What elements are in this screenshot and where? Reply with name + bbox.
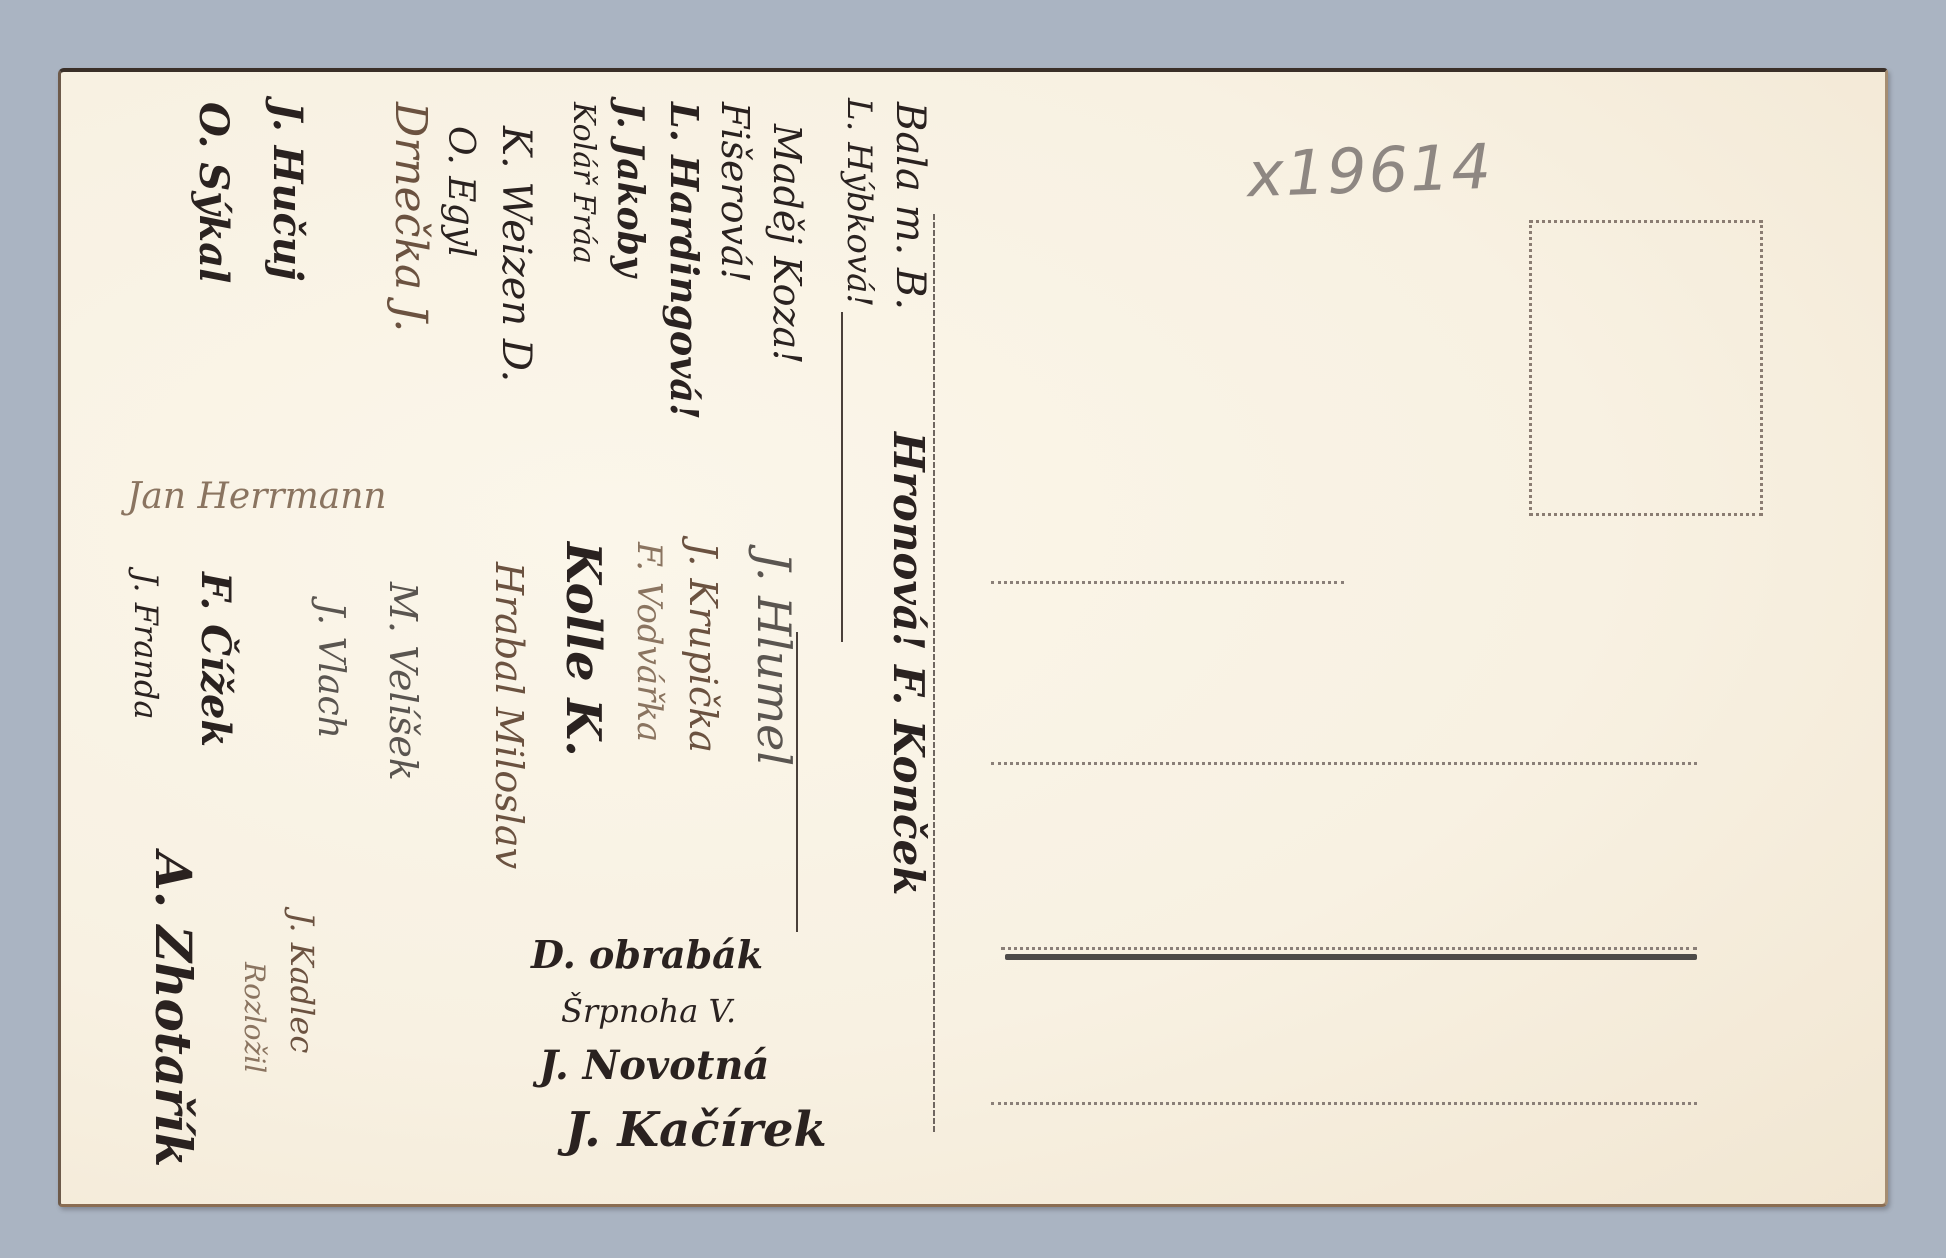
signature: F. Čížek xyxy=(192,572,239,747)
signature: Jan Herrmann xyxy=(127,476,387,517)
signature: Maděj Koza! xyxy=(765,124,809,364)
address-line-1 xyxy=(991,581,1344,584)
signature: J. Vlach xyxy=(310,602,351,739)
signature: J. Novotná xyxy=(539,1042,769,1089)
signature: J. Franda xyxy=(127,572,165,719)
signature: J. Kačírek xyxy=(565,1102,827,1158)
signature: Drnečka J. xyxy=(385,102,436,332)
signature: L. Hýbková! xyxy=(839,98,879,307)
signature: J. Jakoby xyxy=(609,102,651,277)
signature: J. Hlumel xyxy=(747,552,801,766)
address-line-3-underline xyxy=(1005,954,1697,960)
signature: A. Zhotařík xyxy=(144,852,203,1167)
center-divider-line xyxy=(933,214,935,1134)
address-line-3 xyxy=(1001,947,1697,950)
signature: Fišerová! xyxy=(713,102,757,283)
postcard-back: x19614 Bala m. B. Hronová! F. Konček L. … xyxy=(58,68,1888,1207)
signature: D. obrabák xyxy=(531,932,763,977)
signature: K. Weizen D. xyxy=(493,126,539,382)
signature: L. Hardingová! xyxy=(662,102,707,420)
signature: F. Vodvářka xyxy=(629,542,669,742)
signature: Kolle K. xyxy=(555,542,611,757)
signature: Šrpnoha V. xyxy=(561,992,736,1030)
signature: Rozložil xyxy=(238,962,271,1073)
signature: O. Egyl xyxy=(440,126,481,257)
address-line-2 xyxy=(991,762,1697,765)
signature: J. Hučuj xyxy=(264,102,311,280)
underline-stroke xyxy=(841,312,843,642)
address-line-4 xyxy=(991,1102,1697,1105)
pencil-annotation: x19614 xyxy=(1246,130,1494,212)
signature: Hronová! F. Konček xyxy=(884,432,933,895)
signature: M. Velíšek xyxy=(381,582,425,781)
signature: Bala m. B. xyxy=(887,102,933,310)
signature: O. Sýkal xyxy=(190,102,237,283)
signature: Hrabal Miloslav xyxy=(487,562,531,869)
signature: J. Krupička xyxy=(681,542,725,753)
stamp-box xyxy=(1529,220,1763,516)
signature: Kolář Fráa xyxy=(566,102,601,264)
signature: J. Kadlec xyxy=(283,912,321,1053)
